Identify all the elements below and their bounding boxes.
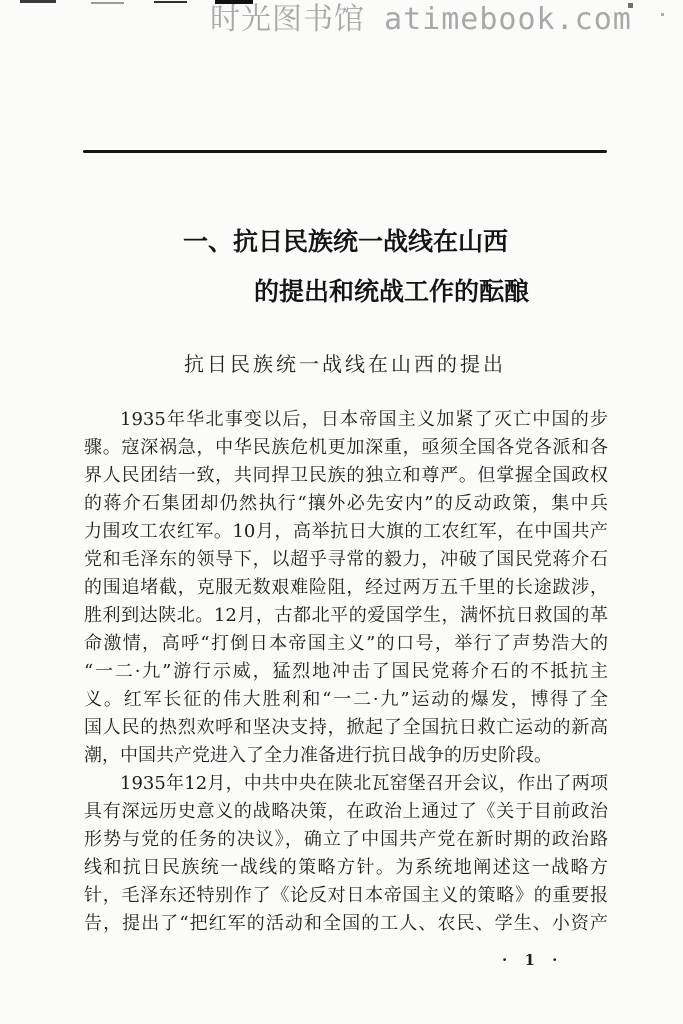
page-number: · 1 ·	[502, 951, 563, 969]
scan-artifact-line	[20, 0, 56, 3]
body-line: 告，提出了“把红军的活动和全国的工人、农民、学生、小资产	[84, 910, 608, 938]
body-line: 潮，中国共产党进入了全力准备进行抗日战争的历史阶段。	[84, 742, 608, 770]
scan-artifact-line	[154, 1, 187, 3]
body-line: 义。红军长征的伟大胜利和“一二·九”运动的爆发，博得了全	[84, 686, 608, 714]
body-line: 胜利到达陕北。12月，古都北平的爱国学生，满怀抗日救国的革	[84, 602, 608, 630]
body-line: “一二·九”游行示威，猛烈地冲击了国民党蒋介石的不抵抗主	[84, 658, 608, 686]
body-text: 1935年华北事变以后，日本帝国主义加紧了灭亡中国的步骤。寇深祸急，中华民族危机…	[84, 406, 608, 938]
body-line: 党和毛泽东的领导下，以超乎寻常的毅力，冲破了国民党蒋介石	[84, 546, 608, 574]
scan-artifact-line	[91, 2, 124, 4]
body-line: 1935年12月，中共中央在陕北瓦窑堡召开会议，作出了两项	[84, 770, 608, 798]
body-line: 针，毛泽东还特别作了《论反对日本帝国主义的策略》的重要报	[84, 882, 608, 910]
book-page: 时光图书馆 atimebook.com 一、抗日民族统一战线在山西 的提出和统战…	[0, 0, 683, 1024]
body-line: 的围追堵截，克服无数艰难险阻，经过两万五千里的长途跋涉，	[84, 574, 608, 602]
body-line: 命激情，高呼“打倒日本帝国主义”的口号，举行了声势浩大的	[84, 630, 608, 658]
body-line: 界人民团结一致，共同捍卫民族的独立和尊严。但掌握全国政权	[84, 462, 608, 490]
chapter-title-line2: 的提出和统战工作的酝酿	[254, 277, 529, 307]
chapter-title-line1: 一、抗日民族统一战线在山西	[183, 227, 508, 257]
body-line: 的蒋介石集团却仍然执行“攘外必先安内”的反动政策，集中兵	[84, 490, 608, 518]
body-line: 1935年华北事变以后，日本帝国主义加紧了灭亡中国的步	[84, 406, 608, 434]
body-line: 具有深远历史意义的战略决策，在政治上通过了《关于目前政治	[84, 798, 608, 826]
body-line: 骤。寇深祸急，中华民族危机更加深重，亟须全国各党各派和各	[84, 434, 608, 462]
scan-artifact-dot	[661, 13, 664, 16]
body-line: 线和抗日民族统一战线的策略方针。为系统地阐述这一战略方	[84, 854, 608, 882]
watermark-text: 时光图书馆 atimebook.com	[210, 5, 632, 35]
section-subtitle: 抗日民族统一战线在山西的提出	[184, 350, 506, 378]
body-line: 形势与党的任务的决议》，确立了中国共产党在新时期的政治路	[84, 826, 608, 854]
body-line: 国人民的热烈欢呼和坚决支持，掀起了全国抗日救亡运动的新高	[84, 714, 608, 742]
chapter-divider-rule	[83, 150, 607, 153]
body-line: 力围攻工农红军。10月，高举抗日大旗的工农红军，在中国共产	[84, 518, 608, 546]
